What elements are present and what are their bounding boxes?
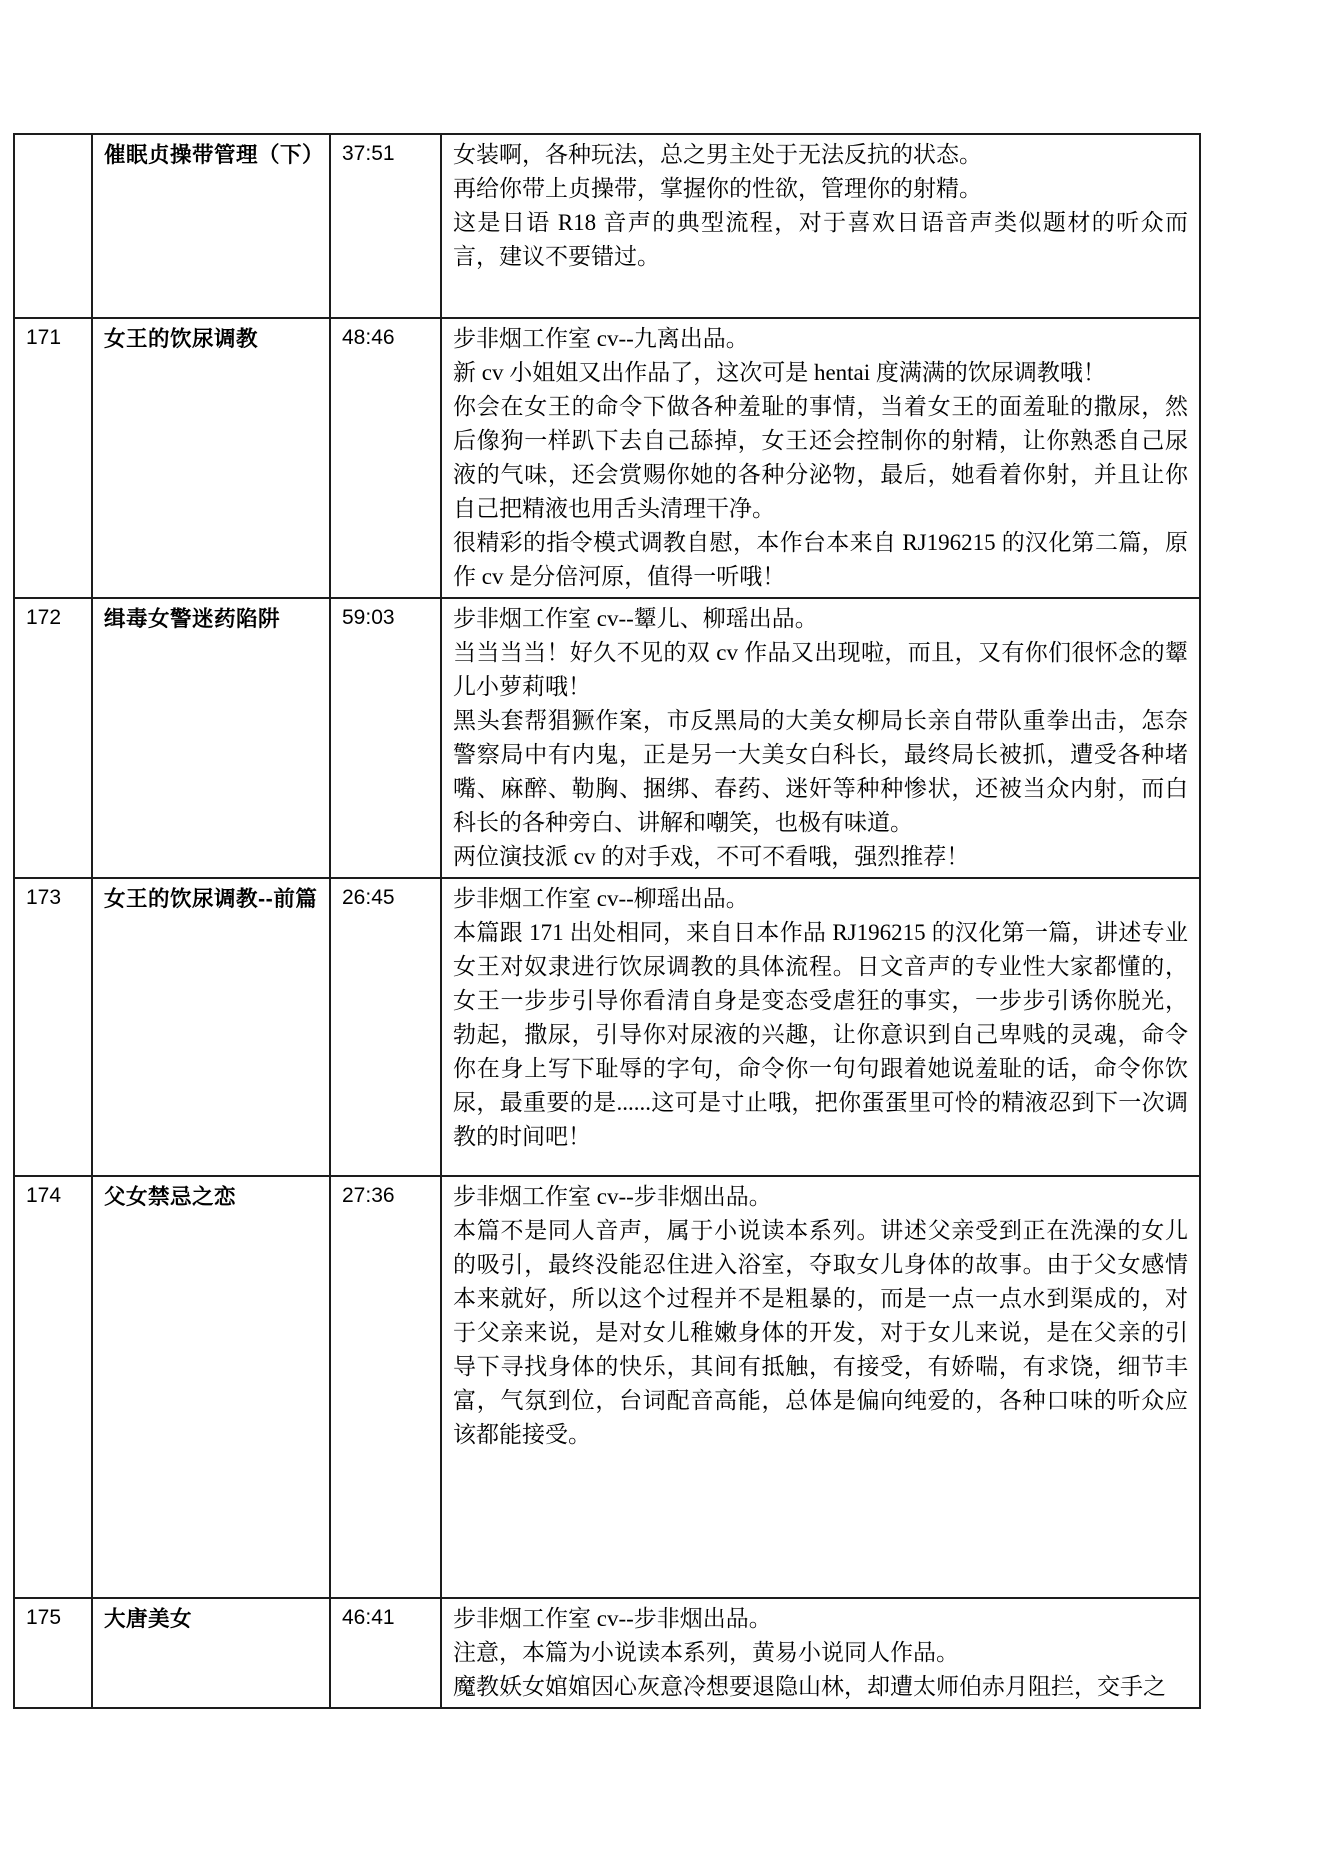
work-title: 缉毒女警迷药陷阱 [92, 598, 330, 878]
work-number: 173 [14, 878, 92, 1176]
work-title: 催眠贞操带管理（下） [92, 134, 330, 318]
work-number: 175 [14, 1598, 92, 1708]
work-duration: 46:41 [330, 1598, 441, 1708]
work-duration: 37:51 [330, 134, 441, 318]
description-paragraph: 本篇跟 171 出处相同，来自日本作品 RJ196215 的汉化第一篇，讲述专业… [453, 916, 1188, 1154]
work-duration: 27:36 [330, 1176, 441, 1598]
description-paragraph: 步非烟工作室 cv--颦儿、柳瑶出品。 [453, 602, 1188, 636]
description-paragraph: 步非烟工作室 cv--步非烟出品。 [453, 1180, 1188, 1214]
description-paragraph: 注意，本篇为小说读本系列，黄易小说同人作品。 [453, 1636, 1188, 1670]
description-paragraph: 两位演技派 cv 的对手戏，不可不看哦，强烈推荐！ [453, 840, 1188, 874]
work-description: 步非烟工作室 cv--柳瑶出品。本篇跟 171 出处相同，来自日本作品 RJ19… [441, 878, 1200, 1176]
table-row: 175 大唐美女 46:41 步非烟工作室 cv--步非烟出品。注意，本篇为小说… [14, 1598, 1200, 1708]
description-paragraph: 黑头套帮猖獗作案，市反黑局的大美女柳局长亲自带队重拳出击，怎奈警察局中有内鬼，正… [453, 704, 1188, 840]
work-number: 174 [14, 1176, 92, 1598]
work-number: 172 [14, 598, 92, 878]
work-title: 父女禁忌之恋 [92, 1176, 330, 1598]
work-number [14, 134, 92, 318]
table-row: 174 父女禁忌之恋 27:36 步非烟工作室 cv--步非烟出品。本篇不是同人… [14, 1176, 1200, 1598]
description-paragraph: 步非烟工作室 cv--九离出品。 [453, 322, 1188, 356]
audio-works-table: 催眠贞操带管理（下） 37:51 女装啊，各种玩法，总之男主处于无法反抗的状态。… [13, 133, 1201, 1709]
work-description: 女装啊，各种玩法，总之男主处于无法反抗的状态。再给你带上贞操带，掌握你的性欲，管… [441, 134, 1200, 318]
description-paragraph: 步非烟工作室 cv--步非烟出品。 [453, 1602, 1188, 1636]
description-paragraph: 这是日语 R18 音声的典型流程，对于喜欢日语音声类似题材的听众而言，建议不要错… [453, 206, 1188, 274]
table-row: 173 女王的饮尿调教--前篇 26:45 步非烟工作室 cv--柳瑶出品。本篇… [14, 878, 1200, 1176]
table-body: 催眠贞操带管理（下） 37:51 女装啊，各种玩法，总之男主处于无法反抗的状态。… [14, 134, 1200, 1708]
work-description: 步非烟工作室 cv--步非烟出品。注意，本篇为小说读本系列，黄易小说同人作品。魔… [441, 1598, 1200, 1708]
work-title: 大唐美女 [92, 1598, 330, 1708]
work-description: 步非烟工作室 cv--步非烟出品。本篇不是同人音声，属于小说读本系列。讲述父亲受… [441, 1176, 1200, 1598]
description-paragraph: 很精彩的指令模式调教自慰，本作台本来自 RJ196215 的汉化第二篇，原作 c… [453, 526, 1188, 594]
description-paragraph: 再给你带上贞操带，掌握你的性欲，管理你的射精。 [453, 172, 1188, 206]
description-paragraph: 你会在女王的命令下做各种羞耻的事情，当着女王的面羞耻的撒尿，然后像狗一样趴下去自… [453, 390, 1188, 526]
work-duration: 59:03 [330, 598, 441, 878]
work-description: 步非烟工作室 cv--颦儿、柳瑶出品。当当当当！好久不见的双 cv 作品又出现啦… [441, 598, 1200, 878]
description-paragraph: 魔教妖女婠婠因心灰意冷想要退隐山林，却遭太师伯赤月阻拦，交手之 [453, 1670, 1188, 1704]
work-title: 女王的饮尿调教--前篇 [92, 878, 330, 1176]
description-paragraph: 本篇不是同人音声，属于小说读本系列。讲述父亲受到正在洗澡的女儿的吸引，最终没能忍… [453, 1214, 1188, 1452]
description-paragraph: 新 cv 小姐姐又出作品了，这次可是 hentai 度满满的饮尿调教哦！ [453, 356, 1188, 390]
description-paragraph: 女装啊，各种玩法，总之男主处于无法反抗的状态。 [453, 138, 1188, 172]
document-page: 催眠贞操带管理（下） 37:51 女装啊，各种玩法，总之男主处于无法反抗的状态。… [0, 0, 1323, 1871]
work-duration: 48:46 [330, 318, 441, 598]
work-duration: 26:45 [330, 878, 441, 1176]
work-description: 步非烟工作室 cv--九离出品。新 cv 小姐姐又出作品了，这次可是 henta… [441, 318, 1200, 598]
description-paragraph: 步非烟工作室 cv--柳瑶出品。 [453, 882, 1188, 916]
table-row: 172 缉毒女警迷药陷阱 59:03 步非烟工作室 cv--颦儿、柳瑶出品。当当… [14, 598, 1200, 878]
description-paragraph: 当当当当！好久不见的双 cv 作品又出现啦，而且，又有你们很怀念的颦儿小萝莉哦！ [453, 636, 1188, 704]
table-row: 催眠贞操带管理（下） 37:51 女装啊，各种玩法，总之男主处于无法反抗的状态。… [14, 134, 1200, 318]
table-row: 171 女王的饮尿调教 48:46 步非烟工作室 cv--九离出品。新 cv 小… [14, 318, 1200, 598]
work-title: 女王的饮尿调教 [92, 318, 330, 598]
work-number: 171 [14, 318, 92, 598]
